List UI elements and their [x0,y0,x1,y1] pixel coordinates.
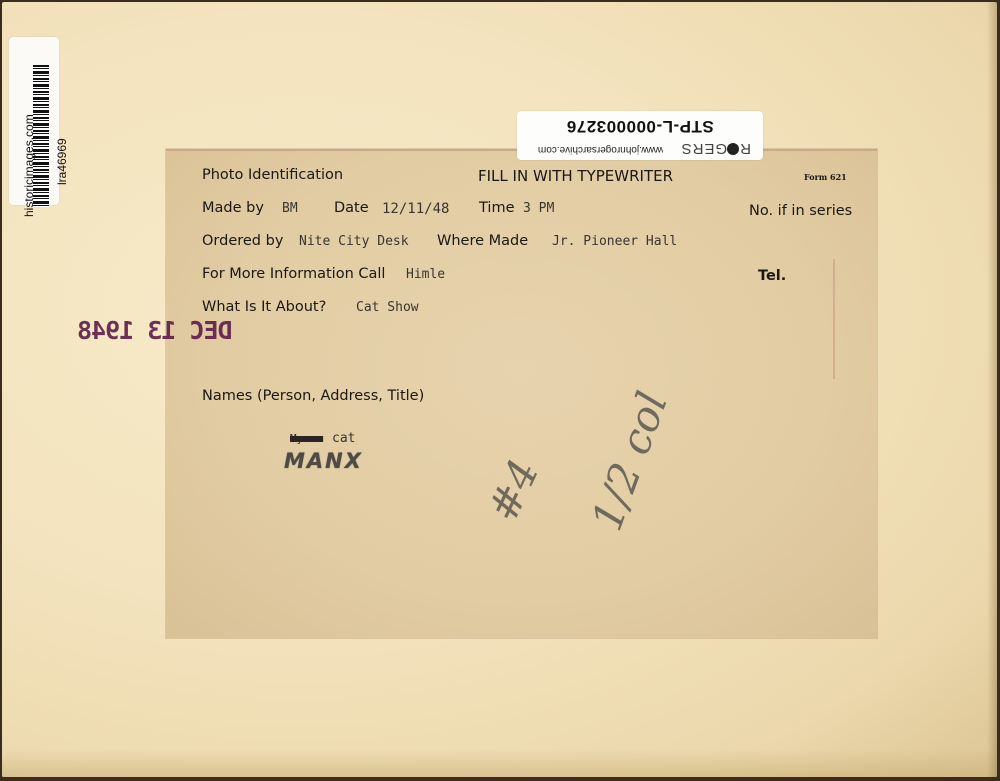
archive-site: historicimages.com [22,114,36,217]
date-label: Date [334,200,369,216]
names-typed-value: cat [332,431,355,446]
form-instruction: FILL IN WITH TYPEWRITER [478,167,673,185]
logo-dot-icon [727,143,739,155]
tel-label: Tel. [758,268,786,284]
about-label: What Is It About? [202,299,326,315]
rogers-item-id: STP-L-000003276 [517,116,763,136]
archive-barcode-label: historicimages.com lra46969 [9,37,59,205]
time-value: 3 PM [523,201,554,216]
made-by-label: Made by [202,200,264,216]
rogers-url: www.johnrogersarchive.com [538,144,663,155]
where-made-value: Jr. Pioneer Hall [552,234,677,249]
time-label: Time [479,200,515,216]
photo-identification-card: Photo Identification FILL IN WITH TYPEWR… [166,149,877,638]
series-label: No. if in series [749,203,852,219]
rogers-logo: RGERS [681,140,751,157]
info-call-label: For More Information Call [202,266,385,282]
date-received-stamp: DEC 13 1948 [78,316,233,345]
archive-id: lra46969 [55,138,69,185]
info-call-value: Himle [406,267,445,282]
rogers-archive-label: RGERS www.johnrogersarchive.com STP-L-00… [517,111,763,160]
struck-typed-word: Mynax [290,432,323,445]
made-by-value: BM [282,201,298,216]
names-label: Names (Person, Address, Title) [202,388,424,404]
form-number: Form 621 [804,172,847,182]
where-made-label: Where Made [437,233,528,249]
ordered-by-value: Nite City Desk [299,234,409,249]
date-value: 12/11/48 [382,201,449,217]
handwritten-correction: MANX [284,449,363,473]
form-title: Photo Identification [202,167,343,183]
mount-edge-shadow [987,2,997,777]
about-value: Cat Show [356,300,419,315]
ordered-by-label: Ordered by [202,233,283,249]
water-stain [2,749,997,777]
pencil-mark [833,259,835,379]
